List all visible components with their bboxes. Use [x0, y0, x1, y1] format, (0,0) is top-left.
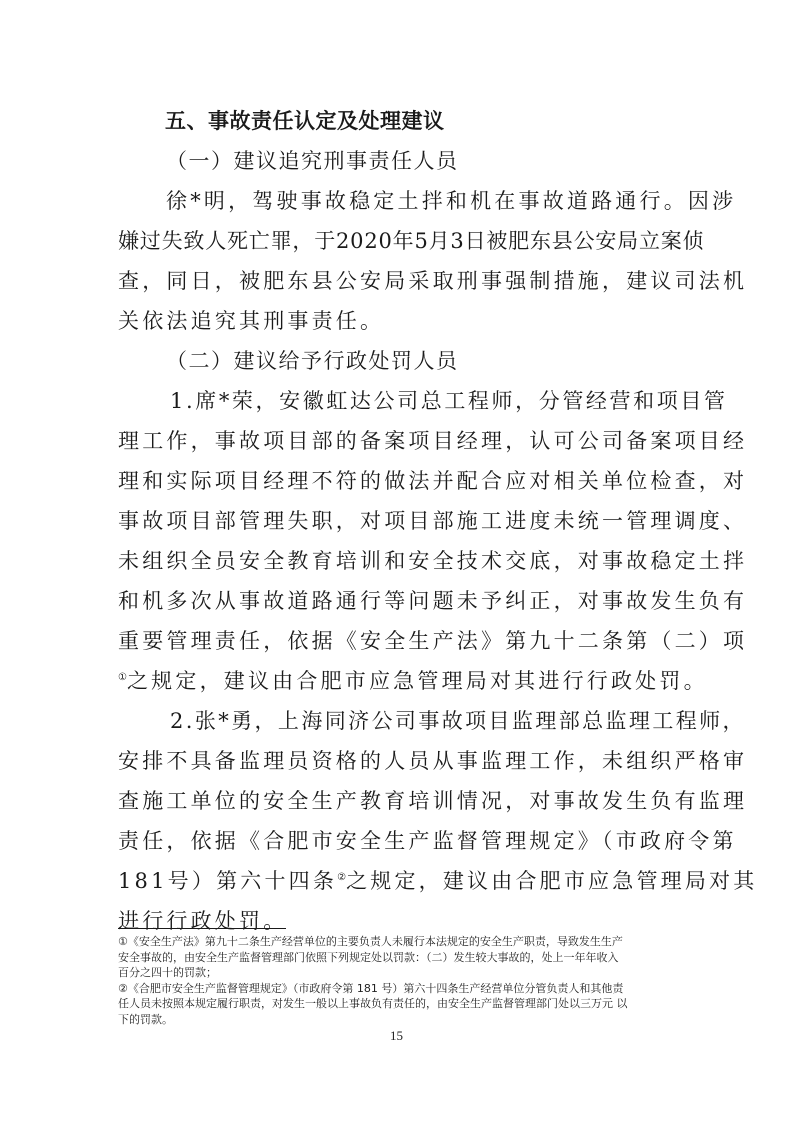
footnotes: ①《安全生产法》第九十二条生产经营单位的主要负责人未履行本法规定的安全生产职责，…	[118, 934, 688, 1027]
paragraph-text: 之规定，建议由合肥市应急管理局对其	[346, 869, 757, 893]
footnote-line: 安全事故的，由安全生产监督管理部门依照下列规定处以罚款：（二）发生较大事故的，处…	[118, 950, 688, 966]
footnote-1: ①《安全生产法》第九十二条生产经营单位的主要负责人未履行本法规定的安全生产职责，…	[118, 934, 688, 981]
paragraph-line: 181号）第六十四条②之规定，建议由合肥市应急管理局对其	[118, 867, 588, 895]
paragraph-line: 关依法追究其刑事责任。	[118, 307, 588, 335]
paragraph-text: 之规定，建议由合肥市应急管理局对其进行行政处罚。	[127, 669, 708, 693]
paragraph-line: 理和实际项目经理不符的做法并配合应对相关单位检查，对	[118, 467, 588, 495]
paragraph-line: 重要管理责任，依据《安全生产法》第九十二条第（二）项	[118, 627, 588, 655]
footnote-line: 任人员未按照本规定履行职责，对发生一般以上事故负有责任的，由安全生产监督管理部门…	[118, 996, 688, 1012]
footnote-line: ①《安全生产法》第九十二条生产经营单位的主要负责人未履行本法规定的安全生产职责，…	[118, 934, 688, 950]
footnote-line: 下的罚款。	[118, 1012, 688, 1028]
paragraph-line: 查施工单位的安全生产教育培训情况，对事故发生负有监理	[118, 787, 588, 815]
page-number: 15	[0, 1028, 793, 1044]
paragraph-line: 2.张*勇，上海同济公司事故项目监理部总监理工程师，	[170, 707, 640, 735]
paragraph-line: 安排不具备监理员资格的人员从事监理工作，未组织严格审	[118, 747, 588, 775]
footnote-divider	[118, 928, 286, 929]
paragraph-line: 理工作，事故项目部的备案项目经理，认可公司备案项目经	[118, 427, 588, 455]
section-heading: 五、事故责任认定及处理建议	[165, 107, 445, 135]
footnote-marker-2[interactable]: ②	[337, 872, 346, 883]
footnote-line: 百分之四十的罚款；	[118, 965, 688, 981]
paragraph-line: ①之规定，建议由合肥市应急管理局对其进行行政处罚。	[118, 667, 588, 695]
footnote-2: ②《合肥市安全生产监督管理规定》（市政府令第 181 号）第六十四条生产经营单位…	[118, 981, 688, 1028]
paragraph-line: 嫌过失致人死亡罪，于2020年5月3日被肥东县公安局立案侦	[118, 227, 588, 255]
paragraph-line: 和机多次从事故道路通行等问题未予纠正，对事故发生负有	[118, 587, 588, 615]
paragraph-line: 查，同日，被肥东县公安局采取刑事强制措施，建议司法机	[118, 267, 588, 295]
paragraph-line: 1.席*荣，安徽虹达公司总工程师，分管经营和项目管	[170, 387, 640, 415]
paragraph-line: 未组织全员安全教育培训和安全技术交底，对事故稳定土拌	[118, 547, 588, 575]
subsection-1-heading: （一）建议追究刑事责任人员	[166, 147, 459, 175]
paragraph-line: 事故项目部管理失职，对项目部施工进度未统一管理调度、	[118, 507, 588, 535]
document-page: 五、事故责任认定及处理建议 （一）建议追究刑事责任人员 徐*明，驾驶事故稳定土拌…	[0, 0, 793, 1122]
footnote-line: ②《合肥市安全生产监督管理规定》（市政府令第 181 号）第六十四条生产经营单位…	[118, 981, 688, 997]
paragraph-line: 责任，依据《合肥市安全生产监督管理规定》（市政府令第	[118, 827, 588, 855]
footnote-marker-1[interactable]: ①	[118, 672, 127, 683]
paragraph-line: 徐*明，驾驶事故稳定土拌和机在事故道路通行。因涉	[166, 187, 636, 215]
paragraph-text: 181号）第六十四条	[118, 869, 337, 893]
subsection-2-heading: （二）建议给予行政处罚人员	[166, 347, 459, 375]
paragraph-line: 进行行政处罚。	[118, 907, 588, 935]
